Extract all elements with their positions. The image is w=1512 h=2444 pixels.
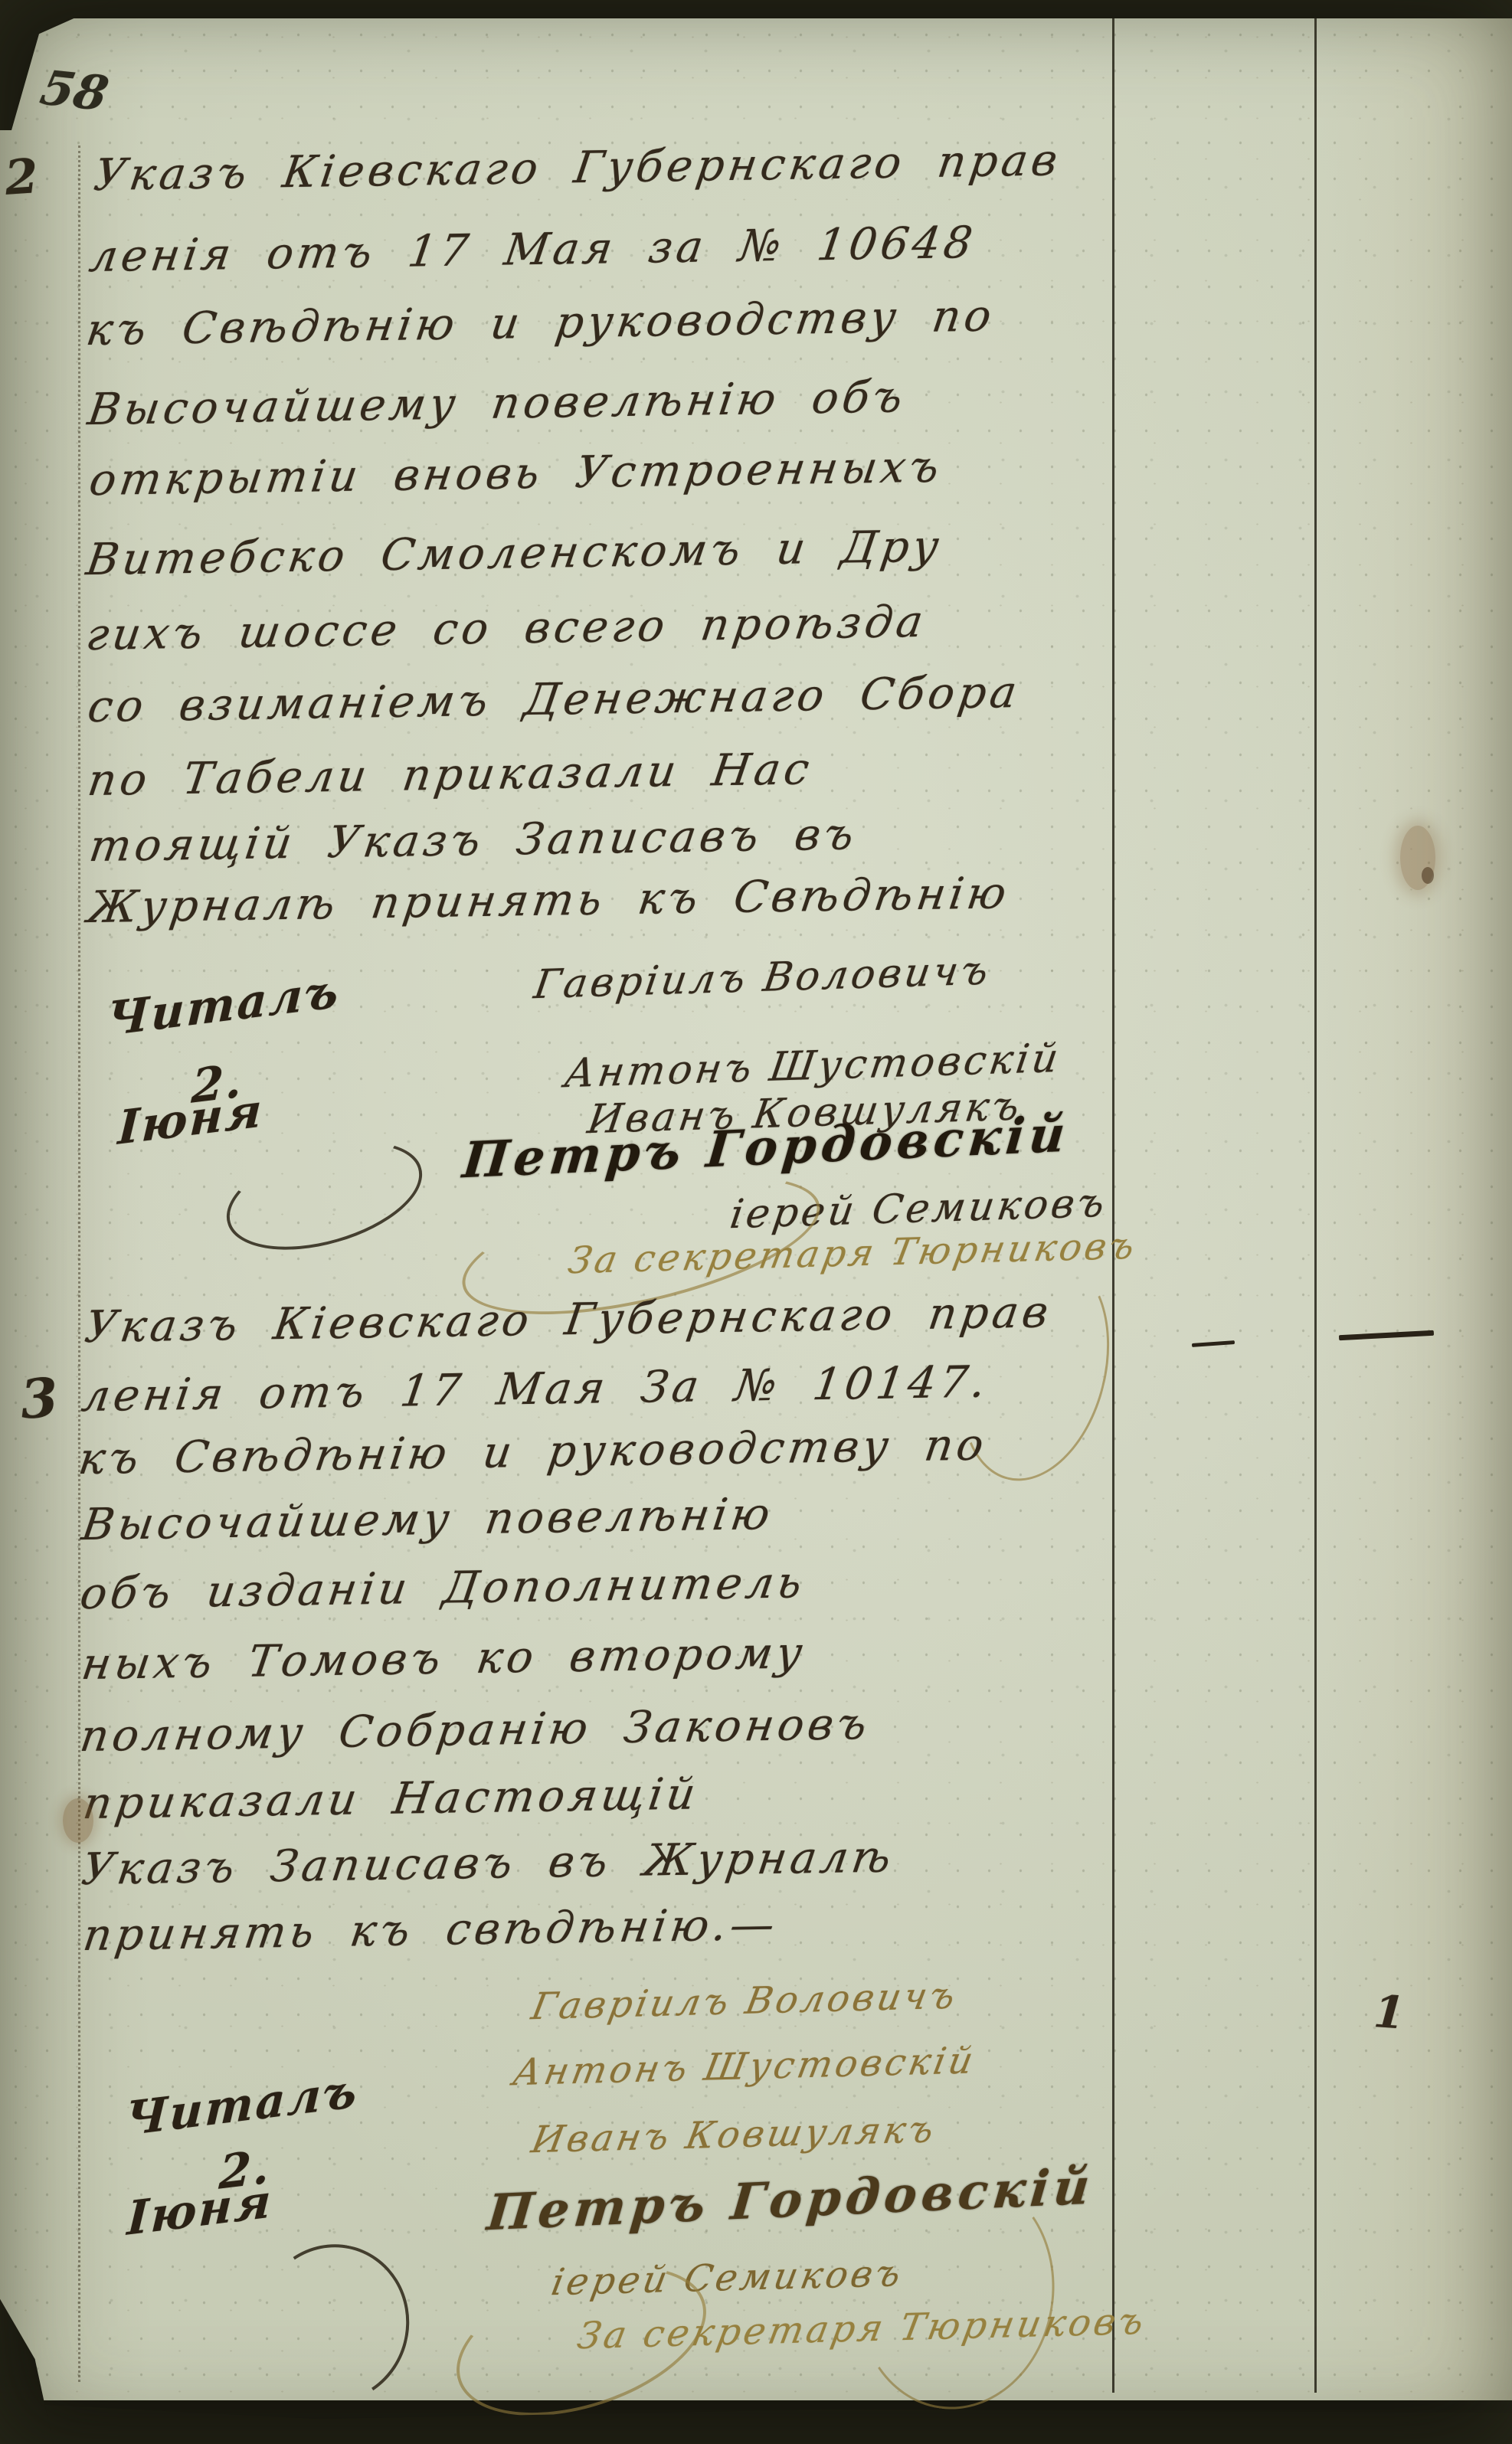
scanned-manuscript-page: 58 2 3 Указъ Кіевскаго Губернскаго прав … [0, 0, 1512, 2444]
left-margin-dotted-line [78, 146, 80, 2382]
scan-border-top [0, 0, 1512, 18]
ruled-column-line-inner [1112, 18, 1114, 2393]
entry3-line: приказали Настоящій [80, 1768, 702, 1829]
ruled-column-line-outer [1314, 18, 1317, 2393]
entry2-margin-number: 2 [3, 148, 40, 206]
margin-tick: 1 [1372, 1985, 1406, 2040]
sheet-number: 58 [36, 60, 113, 122]
entry3-margin-number: 3 [18, 1366, 60, 1431]
